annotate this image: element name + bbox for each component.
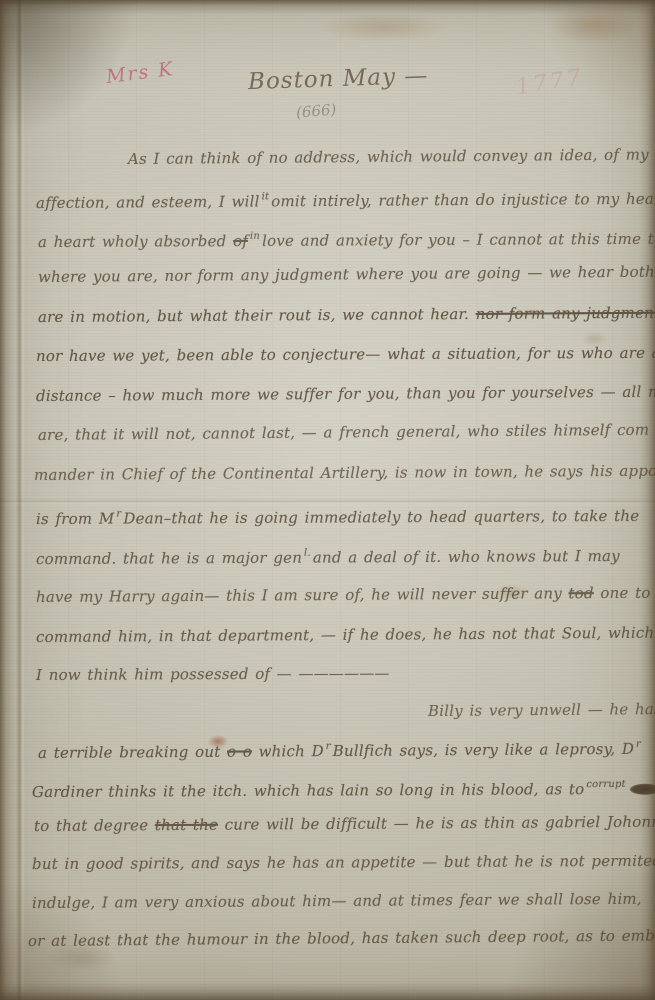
handwritten-text: Dean–that he is going immediately to hea… (123, 507, 639, 528)
archivist-red-initials: Mrs K (105, 58, 176, 88)
manuscript-line: where you are, nor form any judgment whe… (38, 260, 655, 288)
catalog-number-pencil: (666) (295, 100, 337, 121)
manuscript-line: affection, and esteem, I willitomit inti… (36, 184, 655, 214)
handwritten-text: mander in Chief of the Continental Artil… (34, 461, 655, 484)
handwritten-text: distance – how much more we suffer for y… (36, 382, 655, 405)
handwritten-text: indulge, I am very anxious about him— an… (32, 890, 642, 912)
handwritten-text: one to (594, 584, 651, 602)
handwritten-text: to that degree (34, 816, 155, 835)
archivist-year-annotation: 1777 (514, 65, 585, 100)
manuscript-line: Gardiner thinks it the itch. which has l… (32, 774, 655, 803)
manuscript-line: I now think him possessed of — —————— (36, 662, 390, 686)
manuscript-line: indulge, I am very anxious about him— an… (32, 888, 642, 914)
handwritten-text: in (250, 231, 260, 242)
manuscript-line: As I can think of no address, which woul… (128, 143, 649, 170)
manuscript-line: command. that he is a major genl.and a d… (36, 541, 620, 570)
handwritten-text: Gardiner thinks it the itch. which has l… (32, 780, 584, 801)
manuscript-line: a heart wholy absorbed ofinlove and anxi… (38, 224, 655, 253)
paper-stain (548, 6, 640, 44)
handwritten-text: omit intirely, rather than do injustice … (271, 190, 655, 211)
handwritten-text: l. (304, 548, 311, 559)
manuscript-line: mander in Chief of the Continental Artil… (34, 459, 655, 486)
handwritten-text: that the (155, 816, 218, 834)
handwritten-text: As I can think of no address, which woul… (128, 145, 649, 168)
handwritten-text: a terrible breaking out (38, 743, 227, 762)
manuscript-line: nor have we yet, been able to conjecture… (36, 341, 655, 367)
handwritten-text: of (233, 232, 248, 250)
manuscript-line: Billy is very unwell — he has (428, 698, 655, 722)
handwritten-text: nor have we yet, been able to conjecture… (36, 343, 655, 365)
manuscript-line: is from MrDean–that he is going immediat… (36, 501, 639, 530)
letter-dateline: Boston May — (248, 63, 429, 95)
handwritten-text: corrupt (586, 779, 626, 790)
handwritten-text: is from M (36, 510, 114, 528)
handwritten-text: o o (227, 743, 252, 761)
handwritten-text: or at least that the humour in the blood… (28, 926, 655, 950)
handwritten-text: Billy is very unwell — he has (428, 700, 655, 720)
handwritten-text: command. that he is a major gen (36, 549, 302, 568)
manuscript-line: have my Harry again— this I am sure of, … (36, 582, 651, 608)
vertical-fold-crease (16, 0, 25, 1000)
handwritten-text: cure will be difficult — he is as thin a… (218, 812, 655, 833)
handwritten-text: nor form any judgment (476, 304, 655, 323)
manuscript-line: distance – how much more we suffer for y… (36, 380, 655, 407)
manuscript-line: but in good spirits, and says he has an … (32, 850, 655, 875)
manuscript-line: to that degree that the cure will be dif… (34, 810, 655, 837)
handwritten-text: where you are, nor form any judgment whe… (38, 262, 655, 286)
handwritten-text: r (116, 509, 121, 520)
handwritten-text: affection, and esteem, I will (36, 192, 260, 212)
handwritten-text: which D (252, 742, 324, 761)
handwritten-text: but in good spirits, and says he has an … (32, 852, 655, 873)
paper-stain (318, 12, 448, 42)
manuscript-line: are, that it will not, cannot last, — a … (38, 419, 649, 446)
handwritten-text: Bullfich says, is very like a leprosy, D (333, 740, 634, 760)
handwritten-text: are, that it will not, cannot last, — a … (38, 421, 649, 444)
manuscript-line: or at least that the humour in the blood… (28, 924, 655, 952)
manuscript-line: a terrible breaking out o o which DrBull… (38, 734, 643, 764)
handwritten-text: command him, in that department, — if he… (36, 624, 654, 646)
handwritten-text: are in motion, but what their rout is, w… (38, 305, 476, 326)
manuscript-line: command him, in that department, — if he… (36, 622, 654, 648)
handwritten-text: and a deal of it. who knows but I may (313, 547, 620, 567)
handwritten-text: a heart wholy absorbed (38, 232, 233, 251)
handwritten-text: tod (568, 584, 593, 602)
handwritten-text: r (636, 739, 641, 750)
manuscript-line: are in motion, but what their rout is, w… (38, 302, 655, 328)
ink-blot (630, 784, 655, 795)
handwritten-text: it (262, 191, 270, 202)
manuscript-page: Mrs K 1777 Boston May — (666) As I can t… (0, 0, 655, 1000)
handwritten-text: love and anxiety for you – I cannot at t… (262, 230, 655, 250)
handwritten-text: I now think him possessed of — —————— (36, 664, 390, 684)
handwritten-text: have my Harry again— this I am sure of, … (36, 584, 569, 606)
handwritten-text: r (326, 741, 331, 752)
